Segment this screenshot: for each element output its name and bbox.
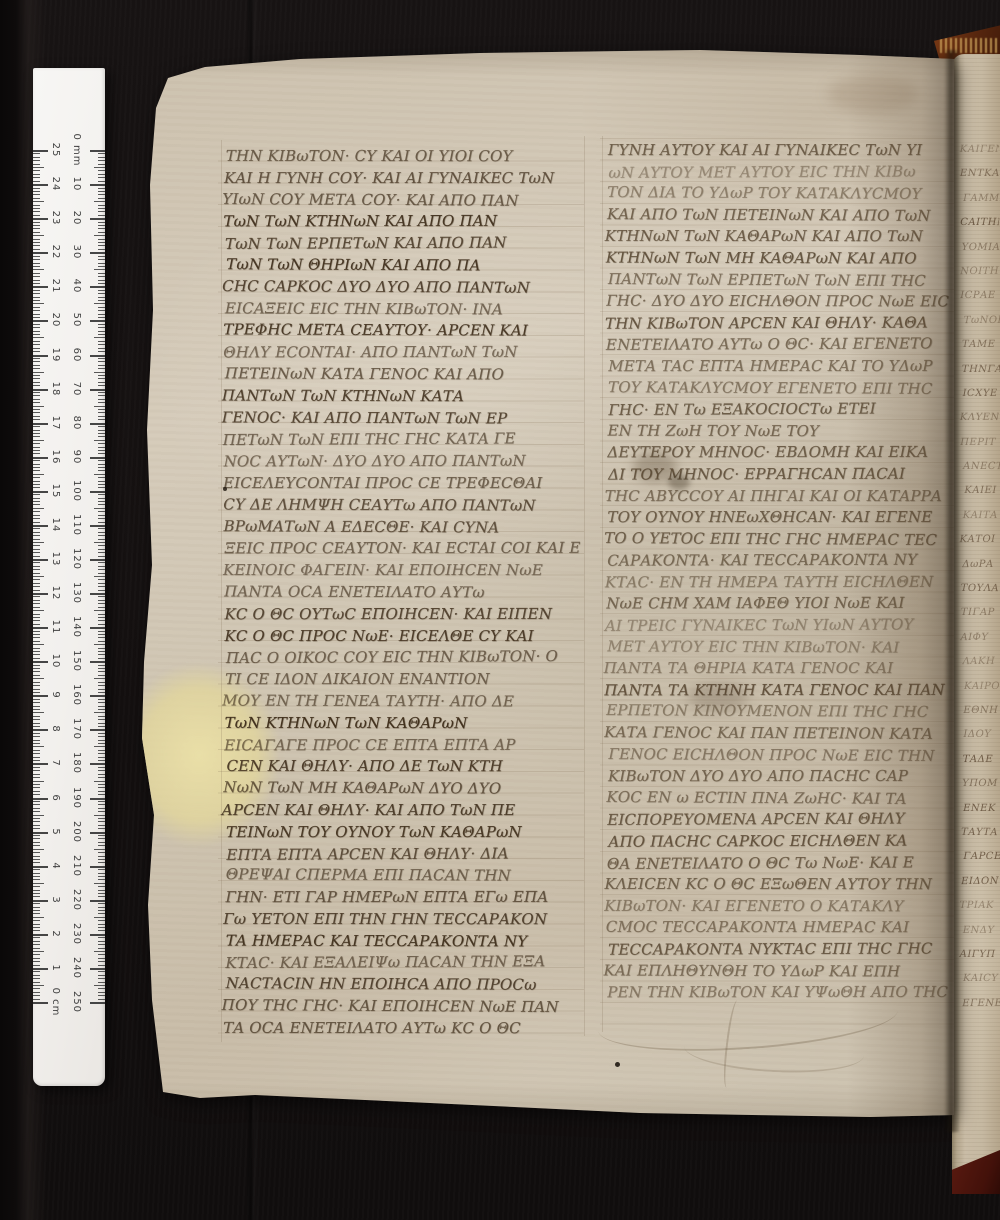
ruler-cm-label: 18 (50, 381, 61, 396)
manuscript-line: ΚΑΙϹΥ (954, 973, 1000, 998)
fore-edge-text: ΚΑΙΓΕΝΕΝΤΚΑΓΑΜΜΕϹΑΙΤΗΝΥΟΜΙΑΝΟΙΤΗϹΙϹΡΑΕΤω… (952, 144, 1000, 1022)
ruler-mm-label: 240 (71, 957, 82, 979)
ruler-mm-label: 160 (71, 684, 82, 706)
manuscript-line: ΚΕΙΝΟΙϹ ΦΑΓΕΙΝ· ΚΑΙ ΕΠΟΙΗϹΕΝ ΝωΕ (223, 561, 579, 583)
manuscript-line: ΓΥΝΗ ΑΥΤΟΥ ΚΑΙ ΑΙ ΓΥΝΑΙΚΕϹ ΤωΝ ΥΙ (608, 141, 960, 163)
ruler-mm-label: 100 (71, 480, 82, 502)
ruler-mm-label: 130 (71, 582, 82, 604)
manuscript-line: ϹΥ ΔΕ ΛΗΜΨΗ ϹΕΑΥΤω ΑΠΟ ΠΑΝΤωΝ (223, 495, 579, 518)
manuscript-line: ΠΑϹ Ο ΟΙΚΟϹ ϹΟΥ ΕΙϹ ΤΗΝ ΚΙΒωΤΟΝ· Ο (226, 647, 582, 671)
manuscript-line: ΝΟϹ ΑΥΤωΝ· ΔΥΟ ΔΥΟ ΑΠΟ ΠΑΝΤωΝ (224, 452, 580, 475)
ruler-cm-label: 10 (50, 654, 61, 669)
manuscript-line: ΚΤΑϹ· ΚΑΙ ΕΞΑΛΕΙΨω ΠΑϹΑΝ ΤΗΝ ΕΞΑ (225, 952, 581, 976)
manuscript-line: ΓΕΝΟϹ ΕΙϹΗΛΘΟΝ ΠΡΟϹ ΝωΕ ΕΙϹ ΤΗΝ (608, 745, 960, 769)
ruler-cm-label: 17 (50, 415, 61, 430)
manuscript-line: ΕΙϹΠΟΡΕΥΟΜΕΝΑ ΑΡϹΕΝ ΚΑΙ ΘΗΛΥ (607, 810, 959, 833)
ruler-cm-label: 5 (50, 828, 61, 835)
manuscript-line: ΕΙϹΑΞΕΙϹ ΕΙϹ ΤΗΝ ΚΙΒωΤΟΝ· ΙΝΑ (225, 299, 581, 322)
manuscript-line: ΕΙΔΟΝ (952, 876, 1000, 901)
ruler-cm-label: 11 (50, 620, 61, 635)
ruler-cm-label: 16 (50, 449, 61, 464)
manuscript-line: ΓΗϹ· ΔΥΟ ΔΥΟ ΕΙϹΗΛΘΟΝ ΠΡΟϹ ΝωΕ ΕΙϹ (606, 292, 958, 314)
ruler-cm-label: 24 (50, 177, 61, 192)
ruler-mm-label: 70 (71, 381, 82, 396)
manuscript-line: ΕΝΔΥ (954, 924, 1000, 948)
manuscript-line: ΓΗϹ· ΕΝ Τω ΕΞΑΚΟϹΙΟϹΤω ΕΤΕΙ (608, 399, 960, 423)
manuscript-line: ϹΗϹ ϹΑΡΚΟϹ ΔΥΟ ΔΥΟ ΑΠΟ ΠΑΝΤωΝ (222, 277, 578, 301)
ruler-cm-label: 23 (50, 211, 61, 226)
manuscript-line: ΤΗΝ ΚΙΒωΤΟΝ ΑΡϹΕΝ ΚΑΙ ΘΗΛΥ· ΚΑΘΑ (605, 313, 957, 336)
manuscript-line: ΔωΡΑ (953, 559, 1000, 584)
manuscript-line: ΑΡϹΕΝ ΚΑΙ ΘΗΛΥ· ΚΑΙ ΑΠΟ ΤωΝ ΠΕ (222, 801, 578, 823)
manuscript-line: ΝΑϹΤΑϹΙΝ ΗΝ ΕΠΟΙΗϹΑ ΑΠΟ ΠΡΟϹω (226, 974, 582, 998)
ruler-cm-label: 12 (50, 586, 61, 601)
ruler-mm-label: 60 (71, 347, 82, 362)
manuscript-line: ΥΟΜΙΑ (953, 242, 1000, 266)
ink-dot (615, 1062, 620, 1067)
pen-flourish (683, 1025, 865, 1076)
manuscript-line: ΤΑ ΟϹΑ ΕΝΕΤΕΙΛΑΤΟ ΑΥΤω ΚϹ Ο ΘϹ (223, 1019, 579, 1041)
pen-flourish (721, 1000, 744, 1089)
manuscript-line: ΤΟ Ο ΥΕΤΟϹ ΕΠΙ ΤΗϹ ΓΗϹ ΗΜΕΡΑϹ ΤΕϹ (604, 529, 956, 553)
manuscript-line: ΤΟΝ ΔΙΑ ΤΟ ΥΔωΡ ΤΟΥ ΚΑΤΑΚΛΥϹΜΟΥ (607, 183, 959, 207)
manuscript-page: ΤΗΝ ΚΙΒωΤΟΝ· ϹΥ ΚΑΙ ΟΙ ΥΙΟΙ ϹΟΥΚΑΙ Η ΓΥΝ… (128, 44, 954, 1126)
manuscript-line: ΚΤΗΝωΝ ΤωΝ ΜΗ ΚΑΘΑΡωΝ ΚΑΙ ΑΠΟ (606, 248, 958, 271)
ruler-cm-label: 9 (50, 692, 61, 699)
ruler-mm-label: 90 (71, 449, 82, 464)
manuscript-line: ΕΘΝΗ (954, 705, 1000, 730)
ruler-mm-label: 40 (71, 279, 82, 294)
manuscript-line: ΠΑΝΤΑ ΤΑ ΚΤΗΝΗ ΚΑΤΑ ΓΕΝΟϹ ΚΑΙ ΠΑΝ (604, 681, 956, 703)
manuscript-line: ΠΑΝΤωΝ ΤωΝ ΕΡΠΕΤωΝ ΤωΝ ΕΠΙ ΤΗϹ (608, 270, 960, 294)
ruler-cm-label: 25 (50, 143, 61, 158)
manuscript-photo: ΚΑΙΓΕΝΕΝΤΚΑΓΑΜΜΕϹΑΙΤΗΝΥΟΜΙΑΝΟΙΤΗϹΙϹΡΑΕΤω… (0, 0, 1000, 1220)
manuscript-line: ΛΑΚΗ (954, 656, 1000, 681)
manuscript-line: ΤΑΔΕ (954, 754, 1000, 778)
ruler-mm-label: 250 (71, 991, 82, 1013)
ruler-cm-label: 6 (50, 794, 61, 801)
ruler: 2524232221201918171615141312111098765432… (33, 68, 105, 1086)
manuscript-line: ΘΗΛΥ ΕϹΟΝΤΑΙ· ΑΠΟ ΠΑΝΤωΝ ΤωΝ (223, 343, 579, 365)
manuscript-line: ΔΙ ΤΟΥ ΜΗΝΟϹ· ΕΡΡΑΓΗϹΑΝ ΠΑϹΑΙ (608, 464, 960, 487)
ruler-mm-label: 180 (71, 752, 82, 774)
manuscript-line: ΤΗΝΓΑ (953, 363, 1000, 387)
ruler-mm-label: 80 (71, 415, 82, 430)
ruler-mm-label: 0 mm (71, 133, 82, 166)
ruler-cm-label: 4 (50, 862, 61, 869)
ruler-mm-label: 50 (71, 313, 82, 328)
manuscript-line: ΚΑΙΡΟ (955, 680, 1000, 705)
manuscript-line: ΒΡωΜΑΤωΝ Α ΕΔΕϹΘΕ· ΚΑΙ ϹΥΝΑ (223, 517, 579, 541)
ruler-mm-label: 210 (71, 855, 82, 877)
ruler-mm-label: 150 (71, 650, 82, 672)
manuscript-line: ΤΗϹ ΑΒΥϹϹΟΥ ΑΙ ΠΗΓΑΙ ΚΑΙ ΟΙ ΚΑΤΑΡΡΑ (605, 486, 957, 508)
manuscript-line: ΠΑΝΤΑ ΟϹΑ ΕΝΕΤΕΙΛΑΤΟ ΑΥΤω (224, 582, 580, 605)
manuscript-line: ΚϹ Ο ΘϹ ΠΡΟϹ ΝωΕ· ΕΙϹΕΛΘΕ ϹΥ ΚΑΙ (224, 627, 580, 649)
manuscript-line: ΚΤΑϹ· ΕΝ ΤΗ ΗΜΕΡΑ ΤΑΥΤΗ ΕΙϹΗΛΘΕΝ (605, 573, 957, 595)
manuscript-line: ΥΙωΝ ϹΟΥ ΜΕΤΑ ϹΟΥ· ΚΑΙ ΑΠΟ ΠΑΝ (222, 190, 578, 214)
manuscript-line: ΘΡΕΨΑΙ ϹΠΕΡΜΑ ΕΠΙ ΠΑϹΑΝ ΤΗΝ (226, 865, 582, 889)
ruler-cm-label: 14 (50, 518, 61, 533)
manuscript-line: ΤΗΝ ΚΙΒωΤΟΝ· ϹΥ ΚΑΙ ΟΙ ΥΙΟΙ ϹΟΥ (226, 147, 582, 169)
manuscript-line: ΕΙϹΕΛΕΥϹΟΝΤΑΙ ΠΡΟϹ ϹΕ ΤΡΕΦΕϹΘΑΙ (223, 474, 579, 496)
ruler-mm-label: 120 (71, 548, 82, 570)
manuscript-line: ΔΕΥΤΕΡΟΥ ΜΗΝΟϹ· ΕΒΔΟΜΗ ΚΑΙ ΕΙΚΑ (607, 443, 959, 465)
manuscript-line: ΙϹΧΥΕ (954, 388, 1000, 412)
justification-line (602, 136, 603, 1032)
text-column-right: ΓΥΝΗ ΑΥΤΟΥ ΚΑΙ ΑΙ ΓΥΝΑΙΚΕϹ ΤωΝ ΥΙωΝ ΑΥΤΟ… (605, 141, 957, 1005)
manuscript-line: ΤωΝ ΤωΝ ΚΤΗΝωΝ ΚΑΙ ΑΠΟ ΠΑΝ (223, 212, 579, 234)
manuscript-line: ΑΙ ΤΡΕΙϹ ΓΥΝΑΙΚΕϹ ΤωΝ ΥΙωΝ ΑΥΤΟΥ (605, 615, 957, 638)
justification-line (584, 136, 585, 1036)
ruler-mm-label: 170 (71, 718, 82, 740)
manuscript-line: ΚΑΤΑ ΓΕΝΟϹ ΚΑΙ ΠΑΝ ΠΕΤΕΙΝΟΝ ΚΑΤΑ (604, 723, 956, 746)
manuscript-line: ΚΑΙΤΑ (954, 510, 1000, 534)
manuscript-line: ΜΕΤ ΑΥΤΟΥ ΕΙϹ ΤΗΝ ΚΙΒωΤΟΝ· ΚΑΙ (607, 637, 959, 660)
manuscript-line: ΤΟΥ ΚΑΤΑΚΛΥϹΜΟΥ ΕΓΕΝΕΤΟ ΕΠΙ ΤΗϹ (608, 378, 960, 401)
ruler-cm-label: 2 (50, 930, 61, 937)
manuscript-line: ΤΡΕΦΗϹ ΜΕΤΑ ϹΕΑΥΤΟΥ· ΑΡϹΕΝ ΚΑΙ (223, 321, 579, 344)
manuscript-line: ΚΛΕΙϹΕΝ ΚϹ Ο ΘϹ ΕΞωΘΕΝ ΑΥΤΟΥ ΤΗΝ (604, 875, 956, 897)
ruler-cm-label: 22 (50, 245, 61, 260)
manuscript-line: Γω ΥΕΤΟΝ ΕΠΙ ΤΗΝ ΓΗΝ ΤΕϹϹΑΡΑΚΟΝ (223, 910, 579, 932)
manuscript-line: ΝωΕ ϹΗΜ ΧΑΜ ΙΑΦΕΘ ΥΙΟΙ ΝωΕ ΚΑΙ (606, 594, 958, 616)
ruler-cm-label: 3 (50, 896, 61, 903)
manuscript-line: ϹΕΝ ΚΑΙ ΘΗΛΥ· ΑΠΟ ΔΕ ΤωΝ ΚΤΗ (226, 757, 582, 779)
manuscript-line: ΤΑΥΤΑ (952, 827, 1000, 852)
manuscript-line: ϹΜΟϹ ΤΕϹϹΑΡΑΚΟΝΤΑ ΗΜΕΡΑϹ ΚΑΙ (606, 918, 958, 940)
ruler-mm-label: 10 (71, 177, 82, 192)
manuscript-line: ΚΑΙ ΑΠΟ ΤωΝ ΠΕΤΕΙΝωΝ ΚΑΙ ΑΠΟ ΤωΝ (607, 205, 959, 228)
manuscript-line: ΠΟΥ ΤΗϹ ΓΗϹ· ΚΑΙ ΕΠΟΙΗϹΕΝ ΝωΕ ΠΑΝ (222, 996, 578, 1020)
text-column-left: ΤΗΝ ΚΙΒωΤΟΝ· ϹΥ ΚΑΙ ΟΙ ΥΙΟΙ ϹΟΥΚΑΙ Η ΓΥΝ… (223, 147, 579, 1041)
manuscript-line: ΕΠΤΑ ΕΠΤΑ ΑΡϹΕΝ ΚΑΙ ΘΗΛΥ· ΔΙΑ (226, 844, 582, 868)
manuscript-line: ΘΑ ΕΝΕΤΕΙΛΑΤΟ Ο ΘϹ Τω ΝωΕ· ΚΑΙ Ε (607, 853, 959, 876)
ruler-cm-label: 15 (50, 483, 61, 498)
stain (828, 74, 918, 114)
ruler-scale: 2524232221201918171615141312111098765432… (33, 68, 105, 1086)
manuscript-line: ΕΝΕΚ (954, 802, 1000, 826)
ruler-mm-label: 30 (71, 245, 82, 260)
ruler-mm-label: 200 (71, 821, 82, 843)
manuscript-line: ΠΕΤΕΙΝωΝ ΚΑΤΑ ΓΕΝΟϹ ΚΑΙ ΑΠΟ (225, 364, 581, 387)
ruler-mm-label: 20 (71, 211, 82, 226)
manuscript-line: ωΝ ΑΥΤΟΥ ΜΕΤ ΑΥΤΟΥ ΕΙϹ ΤΗΝ ΚΙΒω (608, 162, 960, 185)
manuscript-page-wrap: ΤΗΝ ΚΙΒωΤΟΝ· ϹΥ ΚΑΙ ΟΙ ΥΙΟΙ ϹΟΥΚΑΙ Η ΓΥΝ… (128, 44, 954, 1126)
ruler-cm-label: 19 (50, 347, 61, 362)
manuscript-line: ΝωΝ ΤωΝ ΜΗ ΚΑΘΑΡωΝ ΔΥΟ ΔΥΟ (223, 778, 579, 802)
ruler-cm-label: 20 (50, 313, 61, 328)
manuscript-line: ΤΕΙΝωΝ ΤΟΥ ΟΥΝΟΥ ΤωΝ ΚΑΘΑΡωΝ (226, 823, 582, 845)
manuscript-line: ΤωΝΟΙ (955, 315, 1000, 340)
manuscript-line: ΜΕΤΑ ΤΑϹ ΕΠΤΑ ΗΜΕΡΑϹ ΚΑΙ ΤΟ ΥΔωΡ (608, 357, 960, 379)
manuscript-line: ΕΝΕΤΕΙΛΑΤΟ ΑΥΤω Ο ΘϹ· ΚΑΙ ΕΓΕΝΕΤΟ (606, 335, 958, 358)
ruler-cm-label: 21 (50, 279, 61, 294)
manuscript-line: ΙΔΟΥ (954, 729, 1000, 753)
manuscript-line: ΚΑΙ Η ΓΥΝΗ ϹΟΥ· ΚΑΙ ΑΙ ΓΥΝΑΙΚΕϹ ΤωΝ (224, 169, 580, 191)
manuscript-line: ΚΟϹ ΕΝ ω ΕϹΤΙΝ ΠΝΑ ΖωΗϹ· ΚΑΙ ΤΑ (606, 788, 958, 812)
manuscript-line: ΚΑΙΕΙ (955, 485, 1000, 509)
manuscript-line: ΑΝΕϹΤ (954, 461, 1000, 486)
manuscript-line: ΚΙΒωΤΟΝ· ΚΑΙ ΕΓΕΝΕΤΟ Ο ΚΑΤΑΚΛΥ (604, 896, 956, 918)
binding-maroon-edge (952, 1150, 1000, 1194)
ruler-cm-label: 13 (50, 552, 61, 567)
manuscript-line: ΤωΝ ΚΤΗΝωΝ ΤωΝ ΚΑΘΑΡωΝ (225, 714, 581, 736)
ruler-mm-label: 110 (71, 514, 82, 536)
ruler-cm-label: 0 cm (50, 988, 61, 1017)
manuscript-line: ΓΑΜΜΕ (954, 193, 1000, 217)
manuscript-line: ΚΙΒωΤΟΝ ΔΥΟ ΔΥΟ ΑΠΟ ΠΑϹΗϹ ϹΑΡ (608, 767, 960, 789)
manuscript-line: ΞΕΙϹ ΠΡΟϹ ϹΕΑΥΤΟΝ· ΚΑΙ ΕϹΤΑΙ ϹΟΙ ΚΑΙ Ε (225, 539, 581, 561)
page-fold-shadow (944, 50, 959, 1132)
manuscript-line: ΤωΝ ΤωΝ ΘΗΡΙωΝ ΚΑΙ ΑΠΟ ΠΑ (226, 255, 582, 279)
manuscript-line: ΡΕΝ ΤΗΝ ΚΙΒωΤΟΝ ΚΑΙ ΥΨωΘΗ ΑΠΟ ΤΗϹ (607, 983, 959, 1005)
manuscript-line: ΚΤΗΝωΝ ΤωΝ ΚΑΘΑΡωΝ ΚΑΙ ΑΠΟ ΤωΝ (605, 227, 957, 249)
manuscript-line: ΓΑΡϹΕ (954, 851, 1000, 876)
manuscript-line: ΤΑΜΕ (953, 339, 1000, 364)
manuscript-line: ΜΟΥ ΕΝ ΤΗ ΓΕΝΕΑ ΤΑΥΤΗ· ΑΠΟ ΔΕ (222, 691, 578, 714)
ruler-cm-label: 8 (50, 726, 61, 733)
manuscript-line: ΤΙ ϹΕ ΙΔΟΝ ΔΙΚΑΙΟΝ ΕΝΑΝΤΙΟΝ (225, 670, 581, 692)
ruler-mm-label: 220 (71, 889, 82, 911)
manuscript-line: ΠΑΝΤΑ ΤΑ ΘΗΡΙΑ ΚΑΤΑ ΓΕΝΟϹ ΚΑΙ (604, 659, 956, 681)
manuscript-line: ϹΑΡΑΚΟΝΤΑ· ΚΑΙ ΤΕϹϹΑΡΑΚΟΝΤΑ ΝΥ (607, 551, 959, 574)
manuscript-line: ΕΓΕΝΕ (953, 998, 1000, 1023)
ruler-mm-label: 190 (71, 786, 82, 808)
manuscript-line: ΕΝ ΤΗ ΖωΗ ΤΟΥ ΝωΕ ΤΟΥ (607, 421, 959, 444)
manuscript-line: ΓΕΝΟϹ· ΚΑΙ ΑΠΟ ΠΑΝΤωΝ ΤωΝ ΕΡ (222, 408, 578, 431)
manuscript-line: ΤΕϹϹΑΡΑΚΟΝΤΑ ΝΥΚΤΑϹ ΕΠΙ ΤΗϹ ΓΗϹ (608, 939, 960, 962)
manuscript-line: ΤωΝ ΤωΝ ΕΡΠΕΤωΝ ΚΑΙ ΑΠΟ ΠΑΝ (225, 233, 581, 257)
manuscript-line: ΚΑΙ ΕΠΛΗΘΥΝΘΗ ΤΟ ΥΔωΡ ΚΑΙ ΕΠΗ (603, 961, 955, 984)
ruler-cm-label: 7 (50, 760, 61, 767)
ruler-mm-label: 140 (71, 616, 82, 638)
fore-edge-stack: ΚΑΙΓΕΝΕΝΤΚΑΓΑΜΜΕϹΑΙΤΗΝΥΟΜΙΑΝΟΙΤΗϹΙϹΡΑΕΤω… (952, 54, 1000, 1194)
justification-line (221, 140, 222, 1042)
manuscript-line: ΠΑΝΤωΝ ΤωΝ ΚΤΗΝωΝ ΚΑΤΑ (222, 386, 578, 409)
manuscript-line: ΓΗΝ· ΕΤΙ ΓΑΡ ΗΜΕΡωΝ ΕΠΤΑ ΕΓω ΕΠΑ (225, 888, 581, 910)
manuscript-line: ΤΑ ΗΜΕΡΑϹ ΚΑΙ ΤΕϹϹΑΡΑΚΟΝΤΑ ΝΥ (226, 931, 582, 954)
manuscript-line: ΕΡΠΕΤΟΝ ΚΙΝΟΥΜΕΝΟΝ ΕΠΙ ΤΗϹ ΓΗϹ (606, 701, 958, 725)
manuscript-line: ΠΕΤωΝ ΤωΝ ΕΠΙ ΤΗϹ ΓΗϹ ΚΑΤΑ ΓΕ (223, 429, 579, 453)
manuscript-line: ΥΠΟΜ (953, 778, 1000, 803)
manuscript-line: ΤΙΓΑΡ (952, 607, 1000, 632)
manuscript-line: ΤΟΥ ΟΥΝΟΥ ΗΝΕωΧΘΗϹΑΝ· ΚΑΙ ΕΓΕΝΕ (607, 508, 959, 530)
manuscript-line: ΕΙϹΑΓΑΓΕ ΠΡΟϹ ϹΕ ΕΠΤΑ ΕΠΤΑ ΑΡ (224, 735, 580, 758)
manuscript-line: ΑΠΟ ΠΑϹΗϹ ϹΑΡΚΟϹ ΕΙϹΗΛΘΕΝ ΚΑ (608, 831, 960, 854)
ruler-cm-label: 1 (50, 964, 61, 971)
manuscript-line: ΚϹ Ο ΘϹ ΟΥΤωϹ ΕΠΟΙΗϹΕΝ· ΚΑΙ ΕΙΠΕΝ (224, 605, 580, 627)
ruler-mm-label: 230 (71, 923, 82, 945)
